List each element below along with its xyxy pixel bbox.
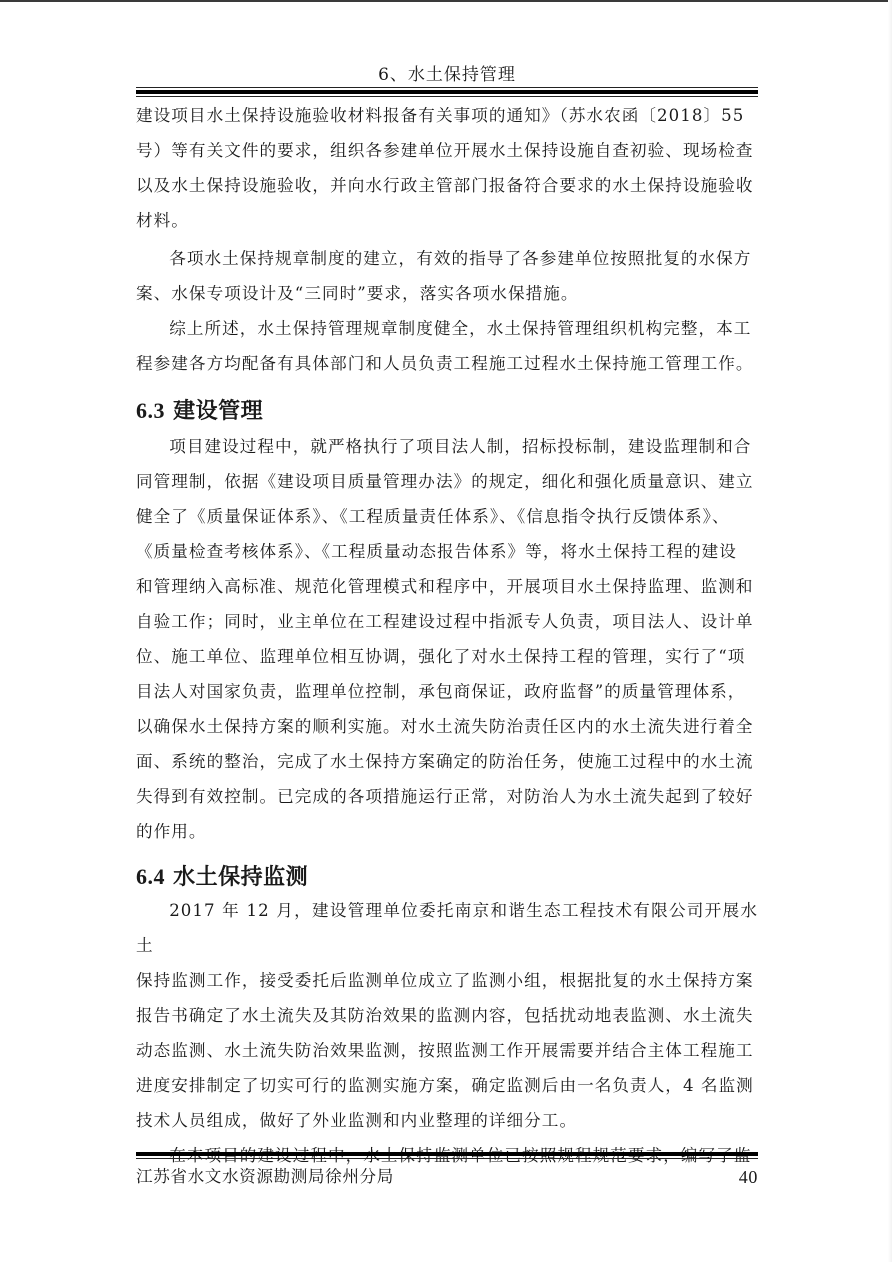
- text-line: 技术人员组成，做好了外业监测和内业整理的详细分工。: [136, 1103, 758, 1138]
- text-line: 动态监测、水土流失防治效果监测，按照监测工作开展需要并结合主体工程施工: [136, 1033, 758, 1068]
- text-line: 项目建设过程中，就严格执行了项目法人制，招标投标制，建设监理制和合: [136, 429, 758, 464]
- text-line: 以确保水土保持方案的顺利实施。对水土流失防治责任区内的水土流失进行着全: [136, 709, 758, 744]
- text-line: 失得到有效控制。已完成的各项措施运行正常，对防治人为水土流失起到了较好: [136, 779, 758, 814]
- text-line: 材料。: [136, 203, 758, 238]
- header-rule: [136, 87, 758, 97]
- text-line: 《质量检查考核体系》、《工程质量动态报告体系》等，将水土保持工程的建设: [136, 534, 758, 569]
- text-line: 报告书确定了水土流失及其防治效果的监测内容，包括扰动地表监测、水土流失: [136, 998, 758, 1033]
- paragraph-continuation: 建设项目水土保持设施验收材料报备有关事项的通知》（苏水农函〔2018〕55 号）…: [136, 98, 758, 238]
- section-number: 6.3: [136, 398, 165, 423]
- page-right-edge: [888, 0, 892, 1262]
- text-line: 进度安排制定了切实可行的监测实施方案，确定监测后由一名负责人，4 名监测: [136, 1068, 758, 1103]
- text-line: 各项水土保持规章制度的建立，有效的指导了各参建单位按照批复的水保方: [136, 241, 758, 276]
- text-line: 程参建各方均配备有具体部门和人员负责工程施工过程水土保持施工管理工作。: [136, 346, 758, 381]
- paragraph-regulations: 各项水土保持规章制度的建立，有效的指导了各参建单位按照批复的水保方 案、水保专项…: [136, 241, 758, 311]
- text-line: 以及水土保持设施验收，并向水行政主管部门报备符合要求的水土保持设施验收: [136, 168, 758, 203]
- section-title: 建设管理: [173, 398, 263, 424]
- text-line: 健全了《质量保证体系》、《工程质量责任体系》、《信息指令执行反馈体系》、: [136, 499, 758, 534]
- text-line: 号）等有关文件的要求，组织各参建单位开展水土保持设施自查初验、现场检查: [136, 133, 758, 168]
- footer-rule-thin: [136, 1158, 758, 1159]
- page-number: 40: [739, 1165, 758, 1189]
- section-title: 水土保持监测: [173, 864, 308, 890]
- text-line: 面、系统的整治，完成了水土保持方案确定的防治任务，使施工过程中的水土流: [136, 744, 758, 779]
- footer-rule: [136, 1152, 758, 1159]
- section-number: 6.4: [136, 864, 165, 889]
- section-heading-6-3: 6.3 建设管理: [136, 387, 758, 435]
- text-line: 保持监测工作，接受委托后监测单位成立了监测小组，根据批复的水土保持方案: [136, 963, 758, 998]
- footer-organization: 江苏省水文水资源勘测局徐州分局: [136, 1165, 394, 1189]
- page-footer: 江苏省水文水资源勘测局徐州分局 40: [136, 1165, 758, 1189]
- text-line: 建设项目水土保持设施验收材料报备有关事项的通知》（苏水农函〔2018〕55: [136, 98, 758, 133]
- running-header-title: 6、水土保持管理: [136, 63, 758, 87]
- text-line: 同管理制，依据《建设项目质量管理办法》的规定，细化和强化质量意识、建立: [136, 464, 758, 499]
- text-line: 和管理纳入高标准、规范化管理模式和程序中，开展项目水土保持监理、监测和: [136, 569, 758, 604]
- text-line: 综上所述，水土保持管理规章制度健全，水土保持管理组织机构完整，本工: [136, 311, 758, 346]
- page-body: 建设项目水土保持设施验收材料报备有关事项的通知》（苏水农函〔2018〕55 号）…: [136, 98, 758, 1173]
- header-rule-thin-bottom: [136, 96, 758, 97]
- paragraph-monitoring: 2017 年 12 月，建设管理单位委托南京和谐生态工程技术有限公司开展水土 保…: [136, 893, 758, 1138]
- paragraph-construction-management: 项目建设过程中，就严格执行了项目法人制，招标投标制，建设监理制和合 同管理制，依…: [136, 429, 758, 849]
- paragraph-summary: 综上所述，水土保持管理规章制度健全，水土保持管理组织机构完整，本工 程参建各方均…: [136, 311, 758, 381]
- text-line: 案、水保专项设计及“三同时”要求，落实各项水保措施。: [136, 276, 758, 311]
- text-line: 2017 年 12 月，建设管理单位委托南京和谐生态工程技术有限公司开展水土: [136, 893, 758, 963]
- text-line: 目法人对国家负责，监理单位控制，承包商保证，政府监督”的质量管理体系，: [136, 674, 758, 709]
- page-top-edge: [0, 0, 892, 2]
- text-line: 的作用。: [136, 814, 758, 849]
- text-line: 自验工作；同时，业主单位在工程建设过程中指派专人负责，项目法人、设计单: [136, 604, 758, 639]
- text-line: 位、施工单位、监理单位相互协调，强化了对水土保持工程的管理，实行了“项: [136, 639, 758, 674]
